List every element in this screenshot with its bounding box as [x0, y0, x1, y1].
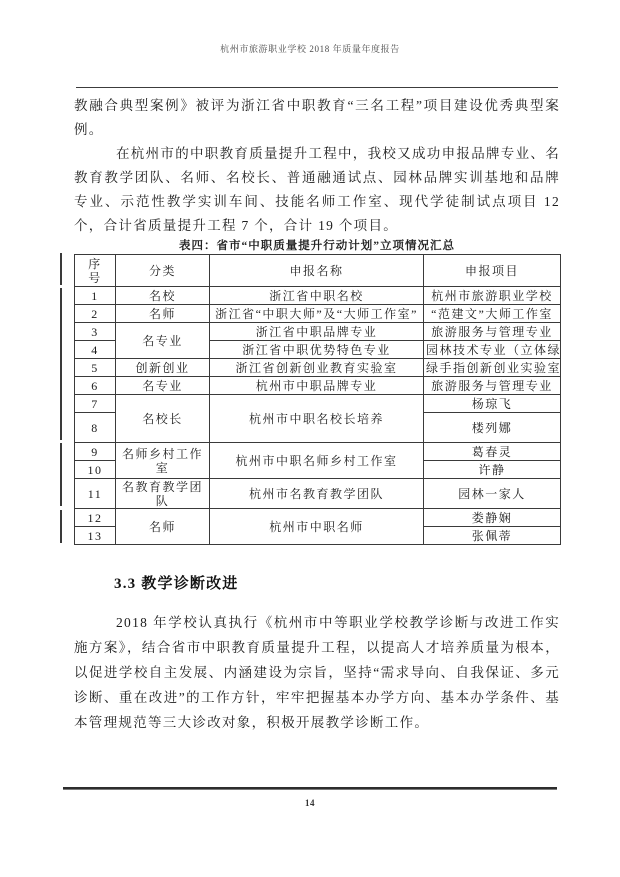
cell-class: 名教育教学团队: [116, 479, 210, 509]
cell-no: 6: [75, 377, 116, 395]
cell-class: 名专业: [116, 377, 210, 395]
main-content: 教融合典型案例》被评为浙江省中职教育“三名工程”项目建设优秀典型案例。 在杭州市…: [74, 94, 560, 735]
cell-no: 12: [75, 509, 116, 527]
cell-name: 杭州市中职名校长培养: [210, 395, 424, 443]
cell-name: 浙江省中职品牌专业: [210, 323, 424, 341]
cell-project: 杭州市旅游职业学校: [424, 287, 561, 305]
table-row: 9 名师乡村工作室 杭州市中职名师乡村工作室 葛春灵: [75, 443, 561, 461]
paragraph-1: 教融合典型案例》被评为浙江省中职教育“三名工程”项目建设优秀典型案例。: [74, 94, 560, 142]
cell-name: 浙江省中职名校: [210, 287, 424, 305]
footer-rule: [63, 787, 557, 790]
cell-class: 名校长: [116, 395, 210, 443]
cell-project: 旅游服务与管理专业: [424, 323, 561, 341]
column-header-class: 分类: [116, 255, 210, 287]
cell-no: 8: [75, 413, 116, 443]
cell-project: “范建文”大师工作室: [424, 305, 561, 323]
table-row: 11 名教育教学团队 杭州市名教育教学团队 园林一家人: [75, 479, 561, 509]
cell-no: 3: [75, 323, 116, 341]
cell-no: 13: [75, 527, 116, 545]
cell-project: 绿手指创新创业实验室: [424, 359, 561, 377]
paragraph-3: 2018 年学校认真执行《杭州市中等职业学校教学诊断与改进工作实施方案》，结合省…: [74, 610, 560, 735]
cell-project: 楼列娜: [424, 413, 561, 443]
cell-class: 名师: [116, 305, 210, 323]
revision-bar: [60, 288, 62, 440]
cell-class: 名校: [116, 287, 210, 305]
cell-class: 名师乡村工作室: [116, 443, 210, 479]
header-rule: [76, 87, 558, 88]
project-approval-table: 序 号 分类 申报名称 申报项目 1 名校 浙江省中职名校 杭州市旅游职业学校 …: [74, 254, 561, 545]
cell-no: 5: [75, 359, 116, 377]
section-heading: 3.3 教学诊断改进: [74, 572, 560, 593]
cell-no: 10: [75, 461, 116, 479]
cell-no: 9: [75, 443, 116, 461]
cell-class: 名师: [116, 509, 210, 545]
column-header-name: 申报名称: [210, 255, 424, 287]
cell-name: 浙江省“中职大师”及“大师工作室”: [210, 305, 424, 323]
cell-project: 旅游服务与管理专业: [424, 377, 561, 395]
cell-name: 杭州市名教育教学团队: [210, 479, 424, 509]
cell-class: 名专业: [116, 323, 210, 359]
cell-name: 浙江省中职优势特色专业: [210, 341, 424, 359]
document-page: 杭州市旅游职业学校 2018 年质量年度报告 教融合典型案例》被评为浙江省中职教…: [0, 0, 620, 877]
page-number: 14: [0, 798, 620, 808]
cell-project: 许静: [424, 461, 561, 479]
table-row: 7 名校长 杭州市中职名校长培养 杨琼飞: [75, 395, 561, 413]
cell-project: 娄静娴: [424, 509, 561, 527]
cell-project: 园林技术专业（立体绿化）: [424, 341, 561, 359]
table-row: 12 名师 杭州市中职名师 娄静娴: [75, 509, 561, 527]
cell-project: 葛春灵: [424, 443, 561, 461]
running-header-title: 杭州市旅游职业学校 2018 年质量年度报告: [0, 42, 620, 55]
cell-project: 张佩蒂: [424, 527, 561, 545]
table-row: 1 名校 浙江省中职名校 杭州市旅游职业学校: [75, 287, 561, 305]
cell-no: 2: [75, 305, 116, 323]
revision-bar: [60, 253, 62, 285]
table-caption: 表四：省市“中职质量提升行动计划”立项情况汇总: [74, 238, 560, 254]
revision-bar: [60, 443, 62, 506]
cell-no: 1: [75, 287, 116, 305]
table-row: 5 创新创业 浙江省创新创业教育实验室 绿手指创新创业实验室: [75, 359, 561, 377]
table-row: 2 名师 浙江省“中职大师”及“大师工作室” “范建文”大师工作室: [75, 305, 561, 323]
cell-no: 4: [75, 341, 116, 359]
cell-project: 杨琼飞: [424, 395, 561, 413]
table-header-row: 序 号 分类 申报名称 申报项目: [75, 255, 561, 287]
revision-bar: [60, 510, 62, 543]
paragraph-2: 在杭州市的中职教育质量提升工程中，我校又成功申报品牌专业、名教育教学团队、名师、…: [74, 142, 560, 238]
cell-no: 11: [75, 479, 116, 509]
cell-name: 杭州市中职品牌专业: [210, 377, 424, 395]
column-header-project: 申报项目: [424, 255, 561, 287]
cell-name: 浙江省创新创业教育实验室: [210, 359, 424, 377]
cell-name: 杭州市中职名师乡村工作室: [210, 443, 424, 479]
table-row: 3 名专业 浙江省中职品牌专业 旅游服务与管理专业: [75, 323, 561, 341]
cell-name: 杭州市中职名师: [210, 509, 424, 545]
cell-project: 园林一家人: [424, 479, 561, 509]
column-header-no: 序 号: [75, 255, 116, 287]
cell-class: 创新创业: [116, 359, 210, 377]
cell-no: 7: [75, 395, 116, 413]
table-row: 6 名专业 杭州市中职品牌专业 旅游服务与管理专业: [75, 377, 561, 395]
